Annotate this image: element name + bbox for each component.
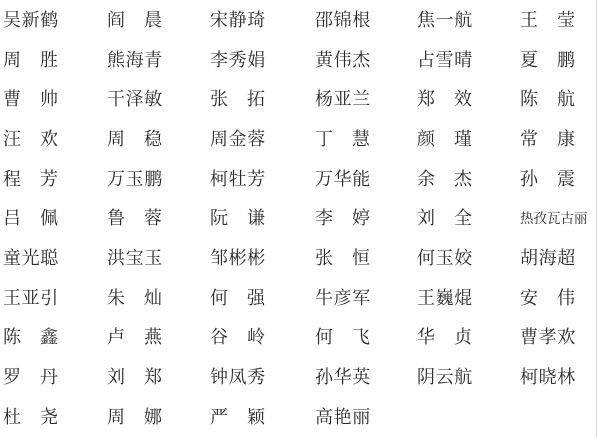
name-cell: 刘全: [417, 209, 491, 227]
name-cell: 周稳: [107, 130, 181, 148]
name-cell: 万玉鹏: [107, 170, 163, 188]
name-cell: 孙华英: [315, 368, 371, 386]
name-cell: 常康: [520, 130, 594, 148]
name-cell: 严颖: [210, 408, 284, 426]
name-cell: 周胜: [3, 51, 77, 69]
name-cell: 王莹: [520, 11, 594, 29]
name-cell: 卢燕: [107, 328, 181, 346]
name-cell: 柯晓林: [520, 368, 576, 386]
name-cell: 张恒: [315, 249, 389, 267]
name-cell: 柯牡芳: [210, 170, 266, 188]
name-cell: 胡海超: [520, 249, 576, 267]
name-cell: 何飞: [315, 328, 389, 346]
name-cell: 夏鹏: [520, 51, 594, 69]
name-cell: 万华能: [315, 170, 371, 188]
name-cell: 汪欢: [3, 130, 77, 148]
name-cell: 程芳: [3, 170, 77, 188]
name-cell: 鲁蓉: [107, 209, 181, 227]
name-cell: 邹彬彬: [210, 249, 266, 267]
name-cell: 吴新鹤: [3, 11, 59, 29]
name-cell: 陈鑫: [3, 328, 77, 346]
name-cell: 华贞: [417, 328, 491, 346]
page-edge-line: [596, 0, 597, 437]
name-cell: 安伟: [520, 289, 594, 307]
name-cell: 罗丹: [3, 368, 77, 386]
name-cell: 阴云航: [417, 368, 473, 386]
name-cell: 曹帅: [3, 90, 77, 108]
name-cell: 丁慧: [315, 130, 389, 148]
name-cell: 王亚引: [3, 289, 59, 307]
name-cell: 周金蓉: [210, 130, 266, 148]
name-cell: 邵锦根: [315, 11, 371, 29]
names-grid: 吴新鹤 阎晨 宋静琦 邵锦根 焦一航 王莹 周胜 熊海青 李秀娟 黄伟杰 占雪晴…: [3, 0, 598, 437]
name-cell: 李婷: [315, 209, 389, 227]
name-cell: 熊海青: [107, 51, 163, 69]
name-cell: 牛彦军: [315, 289, 371, 307]
name-cell: 何强: [210, 289, 284, 307]
name-cell: 郑效: [417, 90, 491, 108]
name-cell: 朱灿: [107, 289, 181, 307]
name-cell: 王巍焜: [417, 289, 473, 307]
name-cell: 张拓: [210, 90, 284, 108]
name-cell: 童光聪: [3, 249, 59, 267]
name-cell: 干泽敏: [107, 90, 163, 108]
name-cell: 宋静琦: [210, 11, 266, 29]
name-cell: 李秀娟: [210, 51, 266, 69]
name-cell: 余杰: [417, 170, 491, 188]
name-cell: 孙震: [520, 170, 594, 188]
name-cell: 何玉姣: [417, 249, 473, 267]
name-cell: 周娜: [107, 408, 181, 426]
name-cell: 热孜瓦古丽: [520, 212, 588, 226]
name-cell: 阎晨: [107, 11, 181, 29]
name-cell: 谷岭: [210, 328, 284, 346]
name-cell: 颜瑾: [417, 130, 491, 148]
name-cell: 杨亚兰: [315, 90, 371, 108]
name-cell: 陈航: [520, 90, 594, 108]
name-cell: 占雪晴: [417, 51, 473, 69]
name-cell: 焦一航: [417, 11, 473, 29]
name-cell: 洪宝玉: [107, 249, 163, 267]
name-cell: 钟凤秀: [210, 368, 266, 386]
name-cell: 阮谦: [210, 209, 284, 227]
name-cell: 吕佩: [3, 209, 77, 227]
name-cell: 高艳丽: [315, 408, 371, 426]
name-cell: 曹孝欢: [520, 328, 576, 346]
name-cell: 刘郑: [107, 368, 181, 386]
name-cell: 杜尧: [3, 408, 77, 426]
name-cell: 黄伟杰: [315, 51, 371, 69]
names-page: 吴新鹤 阎晨 宋静琦 邵锦根 焦一航 王莹 周胜 熊海青 李秀娟 黄伟杰 占雪晴…: [0, 0, 598, 437]
